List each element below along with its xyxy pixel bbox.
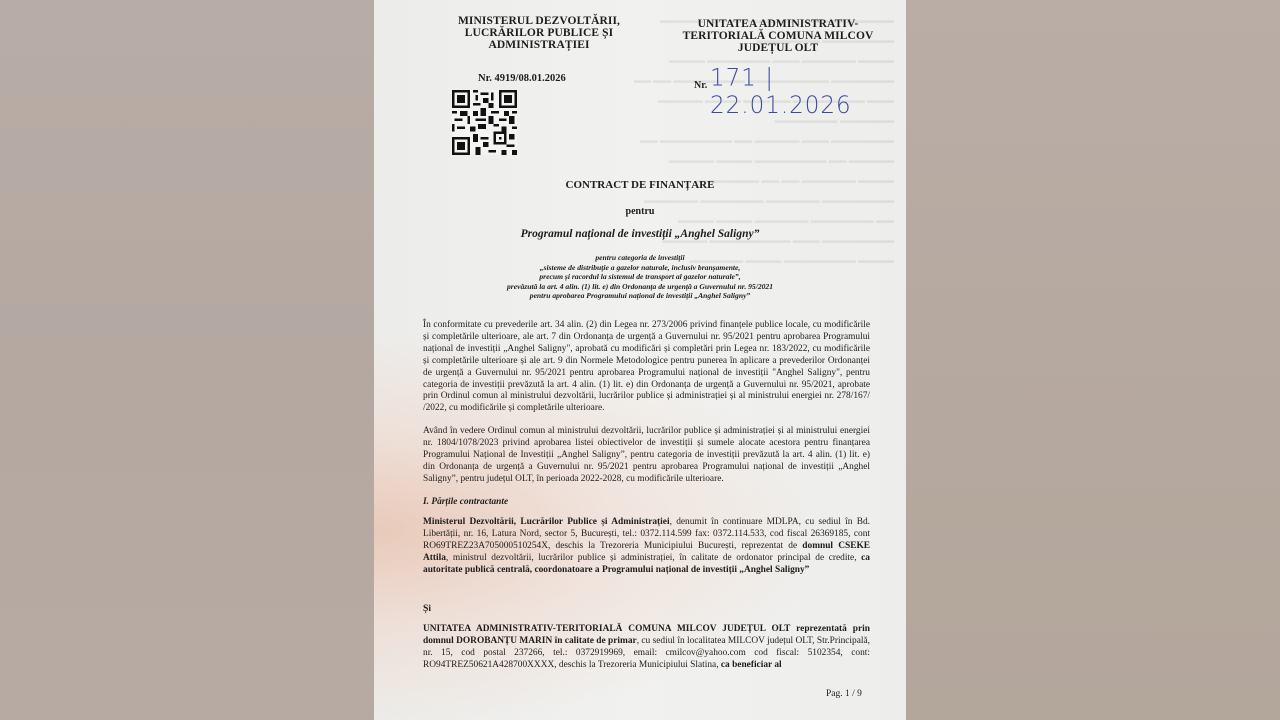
header-ministry-line1: MINISTERUL DEZVOLTĂRII, xyxy=(454,15,624,27)
header-commune-line1: UNITATEA ADMINISTRATIV- xyxy=(672,18,884,30)
document-page: ▬▬▬▬▬▬ ▬▬▬▬ ▬▬▬▬▬▬▬▬ ▬▬ ▬▬▬▬▬▬▬▬▬▬▬▬▬ ▬▬… xyxy=(374,0,906,720)
qr-code-icon xyxy=(452,90,517,155)
subtitle-line: prevăzută la art. 4 alin. (1) lit. e) di… xyxy=(374,282,906,292)
party-ministry: Ministerul Dezvoltării, Lucrărilor Publi… xyxy=(423,517,870,577)
background-right xyxy=(906,0,1280,720)
header-commune-line2: TERITORIALĂ COMUNA MILCOV xyxy=(672,30,884,42)
section-heading-parties: I. Părțile contractante xyxy=(423,497,508,507)
header-ministry: MINISTERUL DEZVOLTĂRII, LUCRĂRILOR PUBLI… xyxy=(454,15,624,51)
subtitle-line: pentru categoria de investiții xyxy=(374,253,906,263)
commune-registration-handwritten: 171 | 22.01.2026 xyxy=(710,65,906,120)
header-commune-line3: JUDEȚUL OLT xyxy=(672,42,884,54)
party-ministry-role: , ministrul dezvoltării, lucrărilor publ… xyxy=(446,553,861,563)
party-commune: UNITATEA ADMINISTRATIV-TERITORIALĂ COMUN… xyxy=(423,624,870,672)
commune-registration-label: Nr. xyxy=(694,80,707,91)
header-ministry-line2: LUCRĂRILOR PUBLICE ȘI xyxy=(454,27,624,39)
subtitle-line: precum și racordul la sistemul de transp… xyxy=(374,272,906,282)
legal-basis-paragraph: În conformitate cu prevederile art. 34 a… xyxy=(423,320,870,415)
page-number: Pag. 1 / 9 xyxy=(826,689,862,699)
subtitle-line: „sisteme de distribuție a gazelor natura… xyxy=(374,263,906,273)
party-commune-capacity: ca beneficiar al xyxy=(721,660,782,670)
contract-title-for: pentru xyxy=(374,206,906,217)
investment-category: pentru categoria de investiții „sisteme … xyxy=(374,253,906,301)
conjunction: Și xyxy=(423,603,431,614)
header-commune: UNITATEA ADMINISTRATIV- TERITORIALĂ COMU… xyxy=(672,18,884,54)
background-left xyxy=(0,0,374,720)
contract-title: CONTRACT DE FINANȚARE xyxy=(374,179,906,191)
ministry-registration-number: Nr. 4919/08.01.2026 xyxy=(478,73,566,84)
party-ministry-name: Ministerul Dezvoltării, Lucrărilor Publi… xyxy=(423,517,670,527)
header-ministry-line3: ADMINISTRAȚIEI xyxy=(454,39,624,51)
program-name: Programul național de investiții „Anghel… xyxy=(374,228,906,240)
order-reference-paragraph: Având în vedere Ordinul comun al ministr… xyxy=(423,426,870,486)
subtitle-line: pentru aprobarea Programului național de… xyxy=(374,291,906,301)
